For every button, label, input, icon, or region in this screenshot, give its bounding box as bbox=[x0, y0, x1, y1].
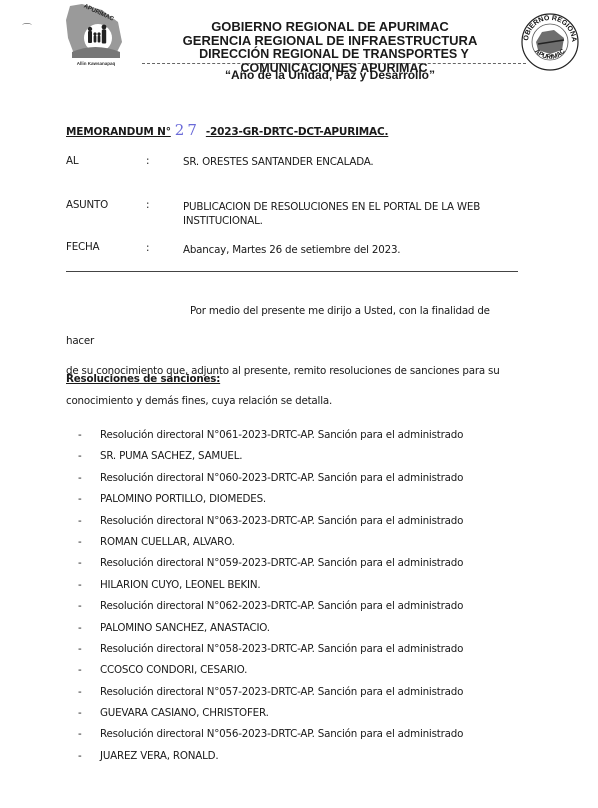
list-bullet-dash: - bbox=[78, 471, 82, 485]
field-colon: : bbox=[146, 155, 149, 167]
field-value-fecha: Abancay, Martes 26 de setiembre del 2023… bbox=[183, 243, 513, 257]
resolution-reference: Resolución directoral N°058-2023-DRTC-AP… bbox=[100, 642, 463, 656]
field-label-al: AL bbox=[66, 155, 78, 167]
list-bullet-dash: - bbox=[78, 578, 82, 592]
resolution-reference: Resolución directoral N°056-2023-DRTC-AP… bbox=[100, 727, 463, 741]
list-bullet-dash: - bbox=[78, 428, 82, 442]
sanctioned-person-name: SR. PUMA SACHEZ, SAMUEL. bbox=[100, 449, 242, 463]
apurimac-region-logo-icon: APURÍMAC Allin Kawsanapaq bbox=[62, 2, 128, 68]
memo-prefix: MEMORANDUM N° bbox=[66, 126, 171, 138]
section-heading-resoluciones: Resoluciones de sanciones: bbox=[66, 373, 220, 385]
list-bullet-dash: - bbox=[78, 685, 82, 699]
sanctioned-person-name: JUAREZ VERA, RONALD. bbox=[100, 749, 218, 763]
resolution-reference: Resolución directoral N°059-2023-DRTC-AP… bbox=[100, 556, 463, 570]
list-bullet-dash: - bbox=[78, 621, 82, 635]
sanctioned-person-name: HILARION CUYO, LEONEL BEKIN. bbox=[100, 578, 260, 592]
header-divider bbox=[142, 63, 526, 64]
memo-suffix: -2023-GR-DRTC-DCT-APURIMAC. bbox=[206, 126, 388, 138]
field-value-al: SR. ORESTES SANTANDER ENCALADA. bbox=[183, 155, 513, 169]
list-bullet-dash: - bbox=[78, 642, 82, 656]
resolution-reference: Resolución directoral N°063-2023-DRTC-AP… bbox=[100, 514, 463, 528]
list-bullet-dash: - bbox=[78, 514, 82, 528]
list-bullet-dash: - bbox=[78, 706, 82, 720]
list-bullet-dash: - bbox=[78, 727, 82, 741]
field-label-fecha: FECHA bbox=[66, 241, 99, 253]
body-paragraph: Por medio del presente me dirijo a Usted… bbox=[66, 296, 516, 416]
field-colon: : bbox=[146, 242, 149, 254]
sanctioned-person-name: ROMAN CUELLAR, ALVARO. bbox=[100, 535, 235, 549]
svg-text:Allin Kawsanapaq: Allin Kawsanapaq bbox=[77, 61, 116, 66]
list-bullet-dash: - bbox=[78, 599, 82, 613]
body-line-1: Por medio del presente me dirijo a Usted… bbox=[66, 296, 516, 356]
list-bullet-dash: - bbox=[78, 492, 82, 506]
corner-mark: ⌒ bbox=[22, 20, 32, 35]
field-value-asunto: PUBLICACION DE RESOLUCIONES EN EL PORTAL… bbox=[183, 200, 513, 228]
resolution-reference: Resolución directoral N°060-2023-DRTC-AP… bbox=[100, 471, 463, 485]
sanctioned-person-name: CCOSCO CONDORI, CESARIO. bbox=[100, 663, 247, 677]
field-label-asunto: ASUNTO bbox=[66, 199, 108, 211]
gobierno-regional-seal-icon: GOBIERNO REGIONAL APURIMAC bbox=[520, 12, 580, 72]
memo-title: MEMORANDUM N°27-2023-GR-DRTC-DCT-APURIMA… bbox=[66, 121, 388, 139]
header-line-gerencia: GERENCIA REGIONAL DE INFRAESTRUCTURA bbox=[140, 33, 520, 48]
section-divider bbox=[66, 271, 518, 272]
header-motto: “Año de la Unidad, Paz y Desarrollo” bbox=[140, 68, 520, 82]
sanctioned-person-name: PALOMINO SANCHEZ, ANASTACIO. bbox=[100, 621, 270, 635]
memo-number-handwritten: 27 bbox=[175, 121, 200, 139]
list-bullet-dash: - bbox=[78, 749, 82, 763]
resolution-reference: Resolución directoral N°062-2023-DRTC-AP… bbox=[100, 599, 463, 613]
body-line-3: conocimiento y demás fines, cuya relació… bbox=[66, 386, 516, 416]
sanctioned-person-name: PALOMINO PORTILLO, DIOMEDES. bbox=[100, 492, 266, 506]
list-bullet-dash: - bbox=[78, 449, 82, 463]
field-colon: : bbox=[146, 199, 149, 211]
list-bullet-dash: - bbox=[78, 535, 82, 549]
sanctioned-person-name: GUEVARA CASIANO, CHRISTOFER. bbox=[100, 706, 269, 720]
resolution-reference: Resolución directoral N°057-2023-DRTC-AP… bbox=[100, 685, 463, 699]
list-bullet-dash: - bbox=[78, 556, 82, 570]
resolution-reference: Resolución directoral N°061-2023-DRTC-AP… bbox=[100, 428, 463, 442]
header-line-gobierno: GOBIERNO REGIONAL DE APURIMAC bbox=[140, 19, 520, 34]
list-bullet-dash: - bbox=[78, 663, 82, 677]
